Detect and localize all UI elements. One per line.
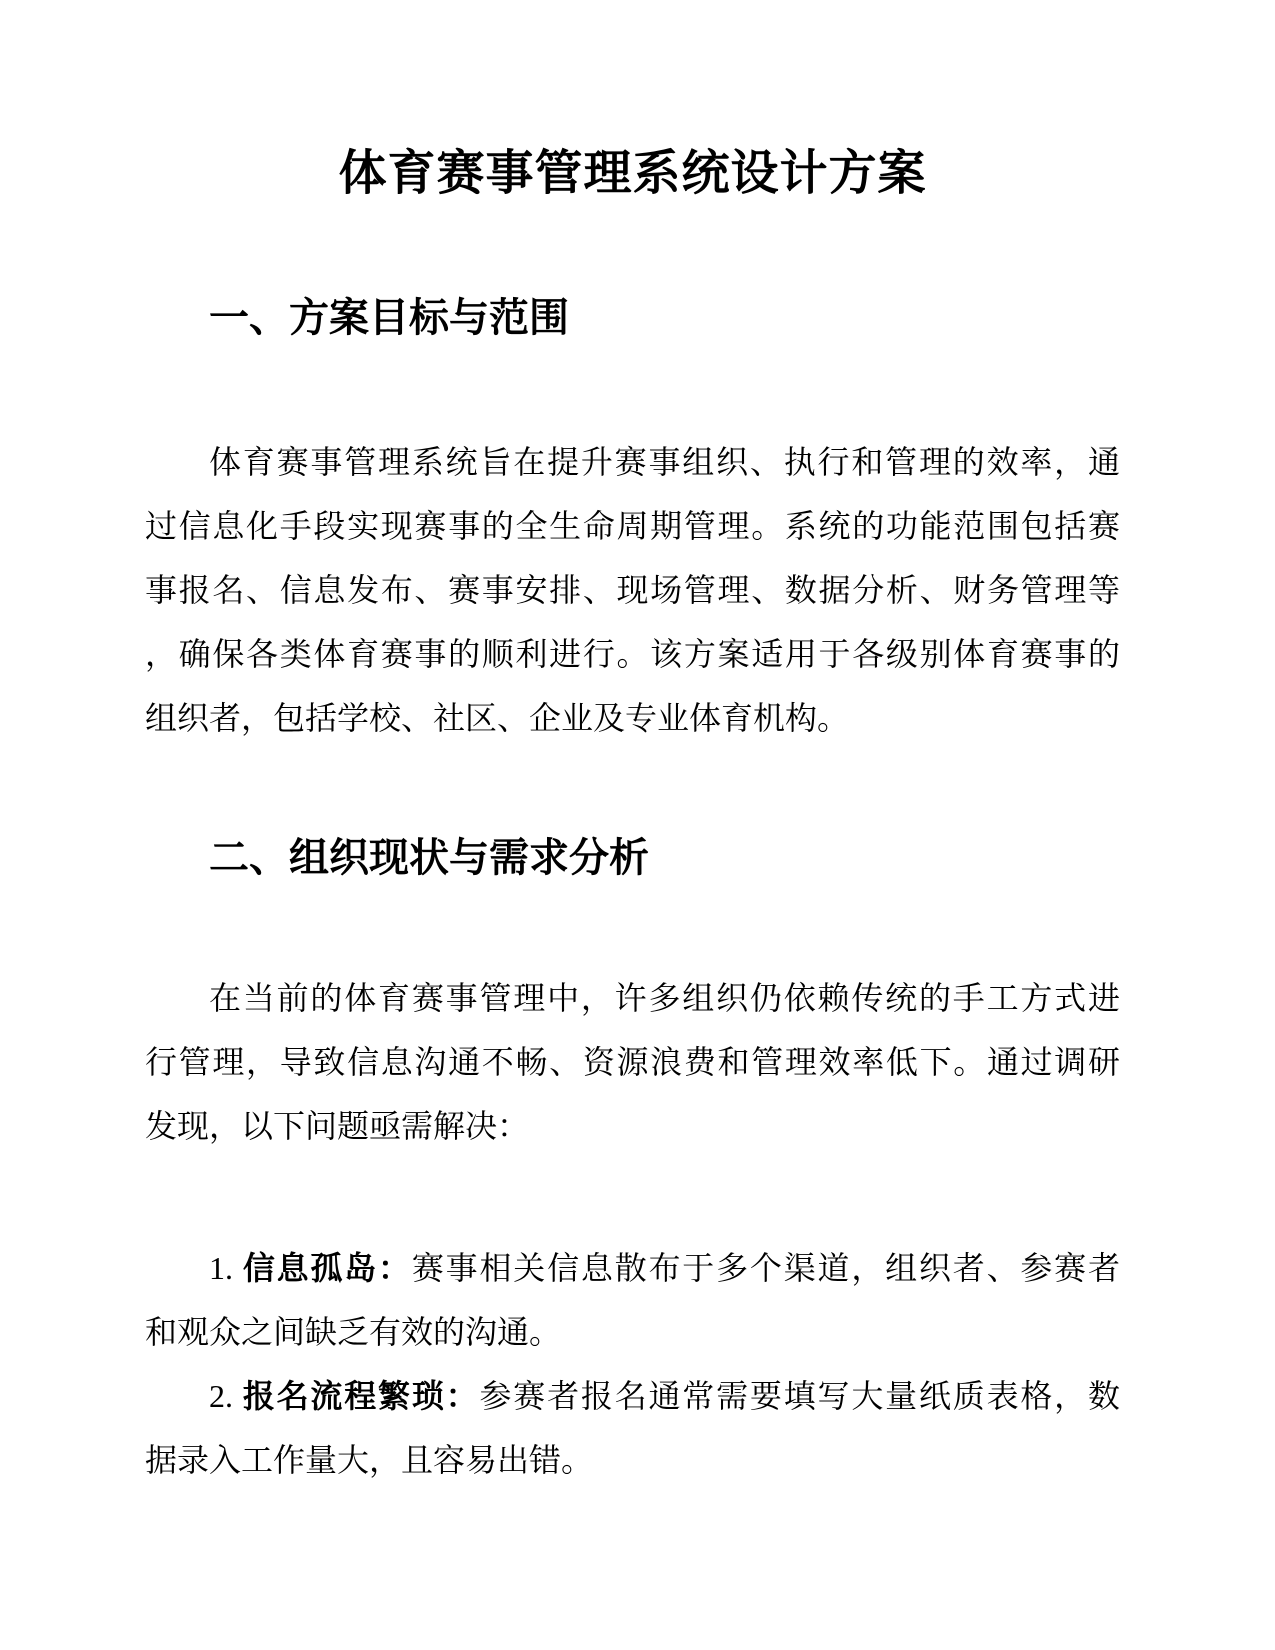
paragraph-line: 行管理，导致信息沟通不畅、资源浪费和管理效率低下。通过调研 (145, 1030, 1120, 1094)
section-1-heading: 一、方案目标与范围 (209, 298, 1120, 338)
paragraph-line: 发现，以下问题亟需解决： (145, 1094, 1120, 1158)
section-2-heading: 二、组织现状与需求分析 (209, 838, 1120, 878)
issue-item: 1. 信息孤岛：赛事相关信息散布于多个渠道，组织者、参赛者 和观众之间缺乏有效的… (145, 1236, 1120, 1364)
paragraph-line: 过信息化手段实现赛事的全生命周期管理。系统的功能范围包括赛 (145, 494, 1120, 558)
paragraph-line: 组织者，包括学校、社区、企业及专业体育机构。 (145, 686, 1120, 750)
issue-line: 据录入工作量大，且容易出错。 (145, 1428, 1120, 1492)
issue-text: 赛事相关信息散布于多个渠道，组织者、参赛者 (412, 1250, 1120, 1286)
issue-term: 信息孤岛： (243, 1250, 412, 1286)
issue-line: 和观众之间缺乏有效的沟通。 (145, 1300, 1120, 1364)
document-page: 体育赛事管理系统设计方案 一、方案目标与范围 体育赛事管理系统旨在提升赛事组织、… (0, 0, 1275, 1650)
issue-list: 1. 信息孤岛：赛事相关信息散布于多个渠道，组织者、参赛者 和观众之间缺乏有效的… (145, 1236, 1120, 1492)
document-title: 体育赛事管理系统设计方案 (145, 150, 1120, 198)
paragraph-line: 体育赛事管理系统旨在提升赛事组织、执行和管理的效率，通 (145, 430, 1120, 494)
section-2-paragraph: 在当前的体育赛事管理中，许多组织仍依赖传统的手工方式进 行管理，导致信息沟通不畅… (145, 966, 1120, 1158)
section-1-paragraph: 体育赛事管理系统旨在提升赛事组织、执行和管理的效率，通 过信息化手段实现赛事的全… (145, 430, 1120, 750)
issue-number: 2. (209, 1378, 243, 1414)
issue-term: 报名流程繁琐： (243, 1378, 480, 1414)
issue-line: 2. 报名流程繁琐：参赛者报名通常需要填写大量纸质表格，数 (145, 1364, 1120, 1428)
paragraph-line: 在当前的体育赛事管理中，许多组织仍依赖传统的手工方式进 (145, 966, 1120, 1030)
paragraph-line: 事报名、信息发布、赛事安排、现场管理、数据分析、财务管理等 (145, 558, 1120, 622)
issue-text: 参赛者报名通常需要填写大量纸质表格，数 (479, 1378, 1120, 1414)
issue-number: 1. (209, 1250, 243, 1286)
issue-item: 2. 报名流程繁琐：参赛者报名通常需要填写大量纸质表格，数 据录入工作量大，且容… (145, 1364, 1120, 1492)
issue-line: 1. 信息孤岛：赛事相关信息散布于多个渠道，组织者、参赛者 (145, 1236, 1120, 1300)
paragraph-line: ，确保各类体育赛事的顺利进行。该方案适用于各级别体育赛事的 (145, 622, 1120, 686)
